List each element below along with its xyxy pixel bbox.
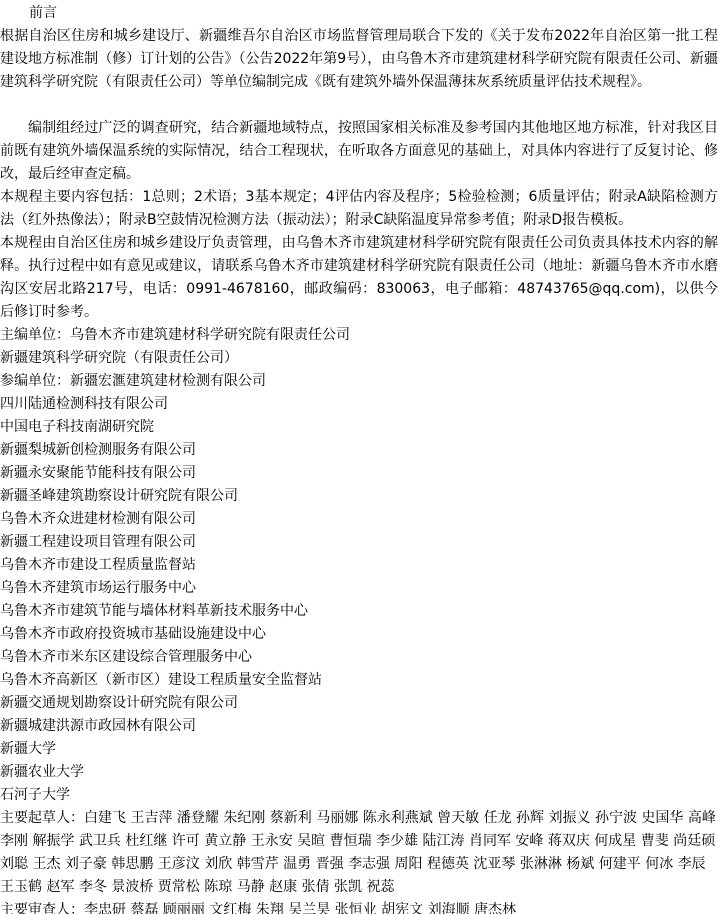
participating-unit: 新疆圣峰建筑勘察设计研究院有限公司 <box>0 485 718 508</box>
drafters-names: 白建飞 王吉萍 潘登耀 朱纪刚 蔡新利 马丽娜 陈永利燕斌 曾天敏 任龙 孙辉 … <box>0 810 716 895</box>
participating-unit: 乌鲁木齐市米东区建设综合管理服务中心 <box>0 646 718 669</box>
main-drafters: 主要起草人：白建飞 王吉萍 潘登耀 朱纪刚 蔡新利 马丽娜 陈永利燕斌 曾天敏 … <box>0 807 718 899</box>
main-reviewers: 主要审查人：李忠研 蔡磊 顾丽丽 文红梅 朱翔 吴兰昊 张恒业 胡宪文 刘海顺 … <box>0 899 718 914</box>
paragraph-contents: 本规程主要内容包括：1总则；2术语；3基本规定；4评估内容及程序；5检验检测；6… <box>0 186 718 232</box>
participating-unit: 四川陆通检测科技有限公司 <box>0 393 718 416</box>
participating-unit: 乌鲁木齐市建筑节能与墙体材料革新技术服务中心 <box>0 600 718 623</box>
participating-units: 参编单位：新疆宏滙建筑建材检测有限公司 四川陆通检测科技有限公司 中国电子科技南… <box>0 370 718 807</box>
participating-unit-line: 参编单位：新疆宏滙建筑建材检测有限公司 <box>0 370 718 393</box>
participating-unit: 中国电子科技南湖研究院 <box>0 416 718 439</box>
paragraph-management-contact: 本规程由自治区住房和城乡建设厅负责管理，由乌鲁木齐市建筑建材科学研究院有限责任公… <box>0 232 718 324</box>
participating-unit: 乌鲁木齐市建设工程质量监督站 <box>0 554 718 577</box>
participating-unit: 石河子大学 <box>0 784 718 807</box>
chief-editor-unit: 乌鲁木齐市建筑建材科学研究院有限责任公司 <box>70 327 350 343</box>
chief-editor-units: 主编单位：乌鲁木齐市建筑建材科学研究院有限责任公司 新疆建筑科学研究院（有限责任… <box>0 324 718 370</box>
participating-unit: 乌鲁木齐高新区（新市区）建设工程质量安全监督站 <box>0 669 718 692</box>
chief-editor-unit: 新疆建筑科学研究院（有限责任公司） <box>0 347 718 370</box>
participating-unit: 乌鲁木齐建筑市场运行服务中心 <box>0 577 718 600</box>
participating-unit: 新疆农业大学 <box>0 761 718 784</box>
chief-editor-unit-line: 主编单位：乌鲁木齐市建筑建材科学研究院有限责任公司 <box>0 324 718 347</box>
paragraph-spacer <box>0 94 718 117</box>
participating-unit: 乌鲁木齐众进建材检测有限公司 <box>0 508 718 531</box>
participating-unit: 乌鲁木齐市政府投资城市基础设施建设中心 <box>0 623 718 646</box>
reviewers-names: 李忠研 蔡磊 顾丽丽 文红梅 朱翔 吴兰昊 张恒业 胡宪文 刘海顺 唐杰林 <box>84 902 516 914</box>
section-heading-foreword: 前言 <box>0 2 718 25</box>
participating-unit: 新疆梨城新创检测服务有限公司 <box>0 439 718 462</box>
paragraph-drafting-process: 编制组经过广泛的调查研究，结合新疆地域特点，按照国家相关标准及参考国内其他地区地… <box>0 117 718 186</box>
participating-unit: 新疆交通规划勘察设计研究院有限公司 <box>0 692 718 715</box>
drafters-label: 主要起草人： <box>0 810 84 826</box>
chief-editor-label: 主编单位： <box>0 327 70 343</box>
reviewers-label: 主要审查人： <box>0 902 84 914</box>
participating-label: 参编单位： <box>0 373 70 389</box>
paragraph-background: 根据自治区住房和城乡建设厅、新疆维吾尔自治区市场监督管理局联合下发的《关于发布2… <box>0 25 718 94</box>
document-body: 前言 根据自治区住房和城乡建设厅、新疆维吾尔自治区市场监督管理局联合下发的《关于… <box>0 0 718 914</box>
participating-unit: 新疆宏滙建筑建材检测有限公司 <box>70 373 266 389</box>
participating-unit: 新疆大学 <box>0 738 718 761</box>
participating-unit: 新疆永安聚能节能科技有限公司 <box>0 462 718 485</box>
participating-unit: 新疆城建洪源市政园林有限公司 <box>0 715 718 738</box>
participating-unit: 新疆工程建设项目管理有限公司 <box>0 531 718 554</box>
